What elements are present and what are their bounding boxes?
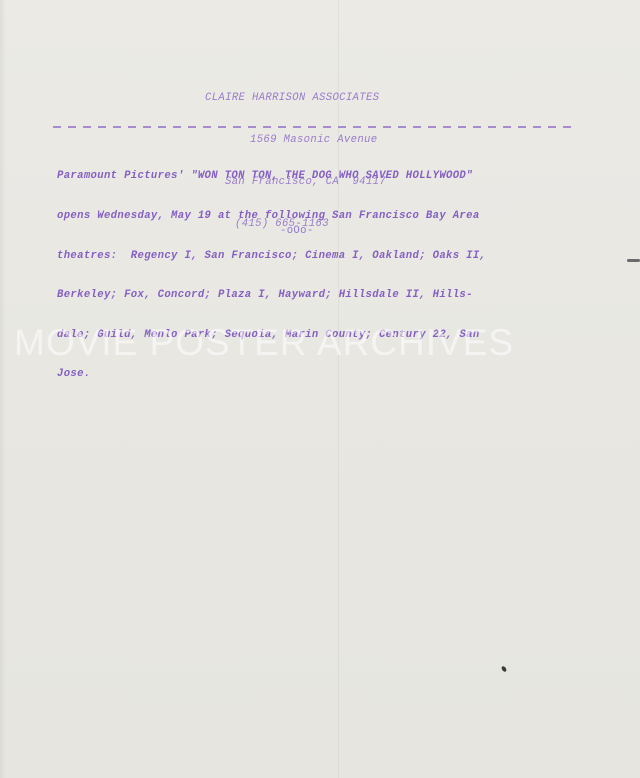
end-mark: -oOo- — [280, 225, 314, 237]
body-line: Berkeley; Fox, Concord; Plaza I, Hayward… — [57, 289, 486, 302]
body-line: opens Wednesday, May 19 at the following… — [57, 210, 486, 223]
paper-speck — [501, 665, 508, 672]
letterhead-company-name: CLAIRE HARRISON ASSOCIATES — [205, 91, 386, 105]
document-page: CLAIRE HARRISON ASSOCIATES 1569 Masonic … — [0, 0, 640, 778]
watermark: MOVIE POSTER ARCHIVES — [14, 322, 514, 364]
dashed-divider — [53, 126, 576, 128]
press-release-body: Paramount Pictures' "WON TON TON, THE DO… — [57, 144, 486, 408]
body-line: Jose. — [57, 368, 486, 381]
body-line: Paramount Pictures' "WON TON TON, THE DO… — [57, 170, 486, 183]
paper-mark — [627, 259, 640, 262]
body-line: theatres: Regency I, San Francisco; Cine… — [57, 250, 486, 263]
